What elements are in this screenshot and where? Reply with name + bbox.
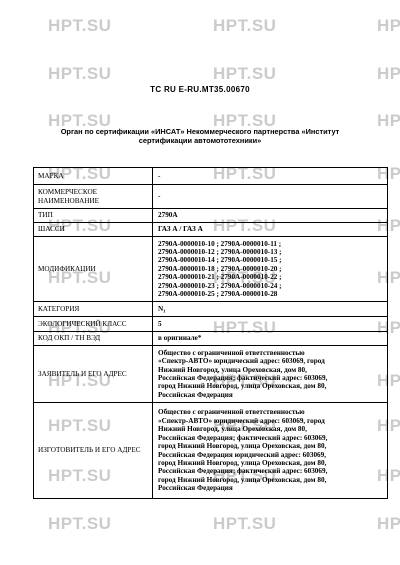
watermark: HPT.SU (48, 514, 111, 534)
row-value: Общество с ограниченной ответственностью… (153, 403, 388, 499)
certificate-document: HPT.SUHPT.SUHPT.SUHPT.SUHPT.SUHPT.SUHPT.… (0, 0, 400, 565)
row-value: N₁ (153, 302, 388, 317)
watermark: HPT.SU (48, 64, 111, 84)
row-label: МАРКА (34, 168, 153, 185)
watermark: HPT.SU (213, 16, 276, 36)
row-marka: МАРКА - (34, 168, 388, 185)
row-eco-class: ЭКОЛОГИЧЕСКИЙ КЛАСС 5 (34, 317, 388, 332)
watermark: HPT.SU (213, 64, 276, 84)
row-label: ИЗГОТОВИТЕЛЬ И ЕГО АДРЕС (34, 403, 153, 499)
row-modifications: МОДИФИКАЦИИ 2790А-0000010-10 ; 2790А-000… (34, 237, 388, 302)
row-label: ТИП (34, 209, 153, 223)
row-label: КОД ОКП / ТН ВЭД (34, 332, 153, 346)
row-value: - (153, 168, 388, 185)
row-value: 2790А-0000010-10 ; 2790А-0000010-11 ; 27… (153, 237, 388, 302)
row-label: ЗАЯВИТЕЛЬ И ЕГО АДРЕС (34, 346, 153, 403)
watermark: HPT.SU (213, 514, 276, 534)
row-value: 2790А (153, 209, 388, 223)
row-label: КАТЕГОРИЯ (34, 302, 153, 317)
row-commercial-name: КОММЕРЧЕСКОЕ НАИМЕНОВАНИЕ - (34, 185, 388, 209)
row-label: МОДИФИКАЦИИ (34, 237, 153, 302)
row-type: ТИП 2790А (34, 209, 388, 223)
row-label: КОММЕРЧЕСКОЕ НАИМЕНОВАНИЕ (34, 185, 153, 209)
watermark: HPT.SU (377, 16, 400, 36)
watermark: HPT.SU (377, 514, 400, 534)
row-applicant: ЗАЯВИТЕЛЬ И ЕГО АДРЕС Общество с огранич… (34, 346, 388, 403)
certificate-number: ТС RU E-RU.MT35.00670 (0, 85, 400, 94)
row-label: ШАССИ (34, 223, 153, 237)
row-label: ЭКОЛОГИЧЕСКИЙ КЛАСС (34, 317, 153, 332)
row-chassis: ШАССИ ГАЗ А / ГАЗ А (34, 223, 388, 237)
watermark: HPT.SU (48, 16, 111, 36)
row-value: в оригинале* (153, 332, 388, 346)
row-value: ГАЗ А / ГАЗ А (153, 223, 388, 237)
row-value: Общество с ограниченной ответственностью… (153, 346, 388, 403)
row-manufacturer: ИЗГОТОВИТЕЛЬ И ЕГО АДРЕС Общество с огра… (34, 403, 388, 499)
row-okp-code: КОД ОКП / ТН ВЭД в оригинале* (34, 332, 388, 346)
certification-body-text: Орган по сертификации «ИНСАТ» Некоммерче… (45, 127, 355, 145)
row-value: 5 (153, 317, 388, 332)
vehicle-approval-table: МАРКА - КОММЕРЧЕСКОЕ НАИМЕНОВАНИЕ - ТИП … (33, 167, 388, 499)
watermark: HPT.SU (377, 111, 400, 131)
row-category: КАТЕГОРИЯ N₁ (34, 302, 388, 317)
row-value: - (153, 185, 388, 209)
watermark: HPT.SU (377, 64, 400, 84)
